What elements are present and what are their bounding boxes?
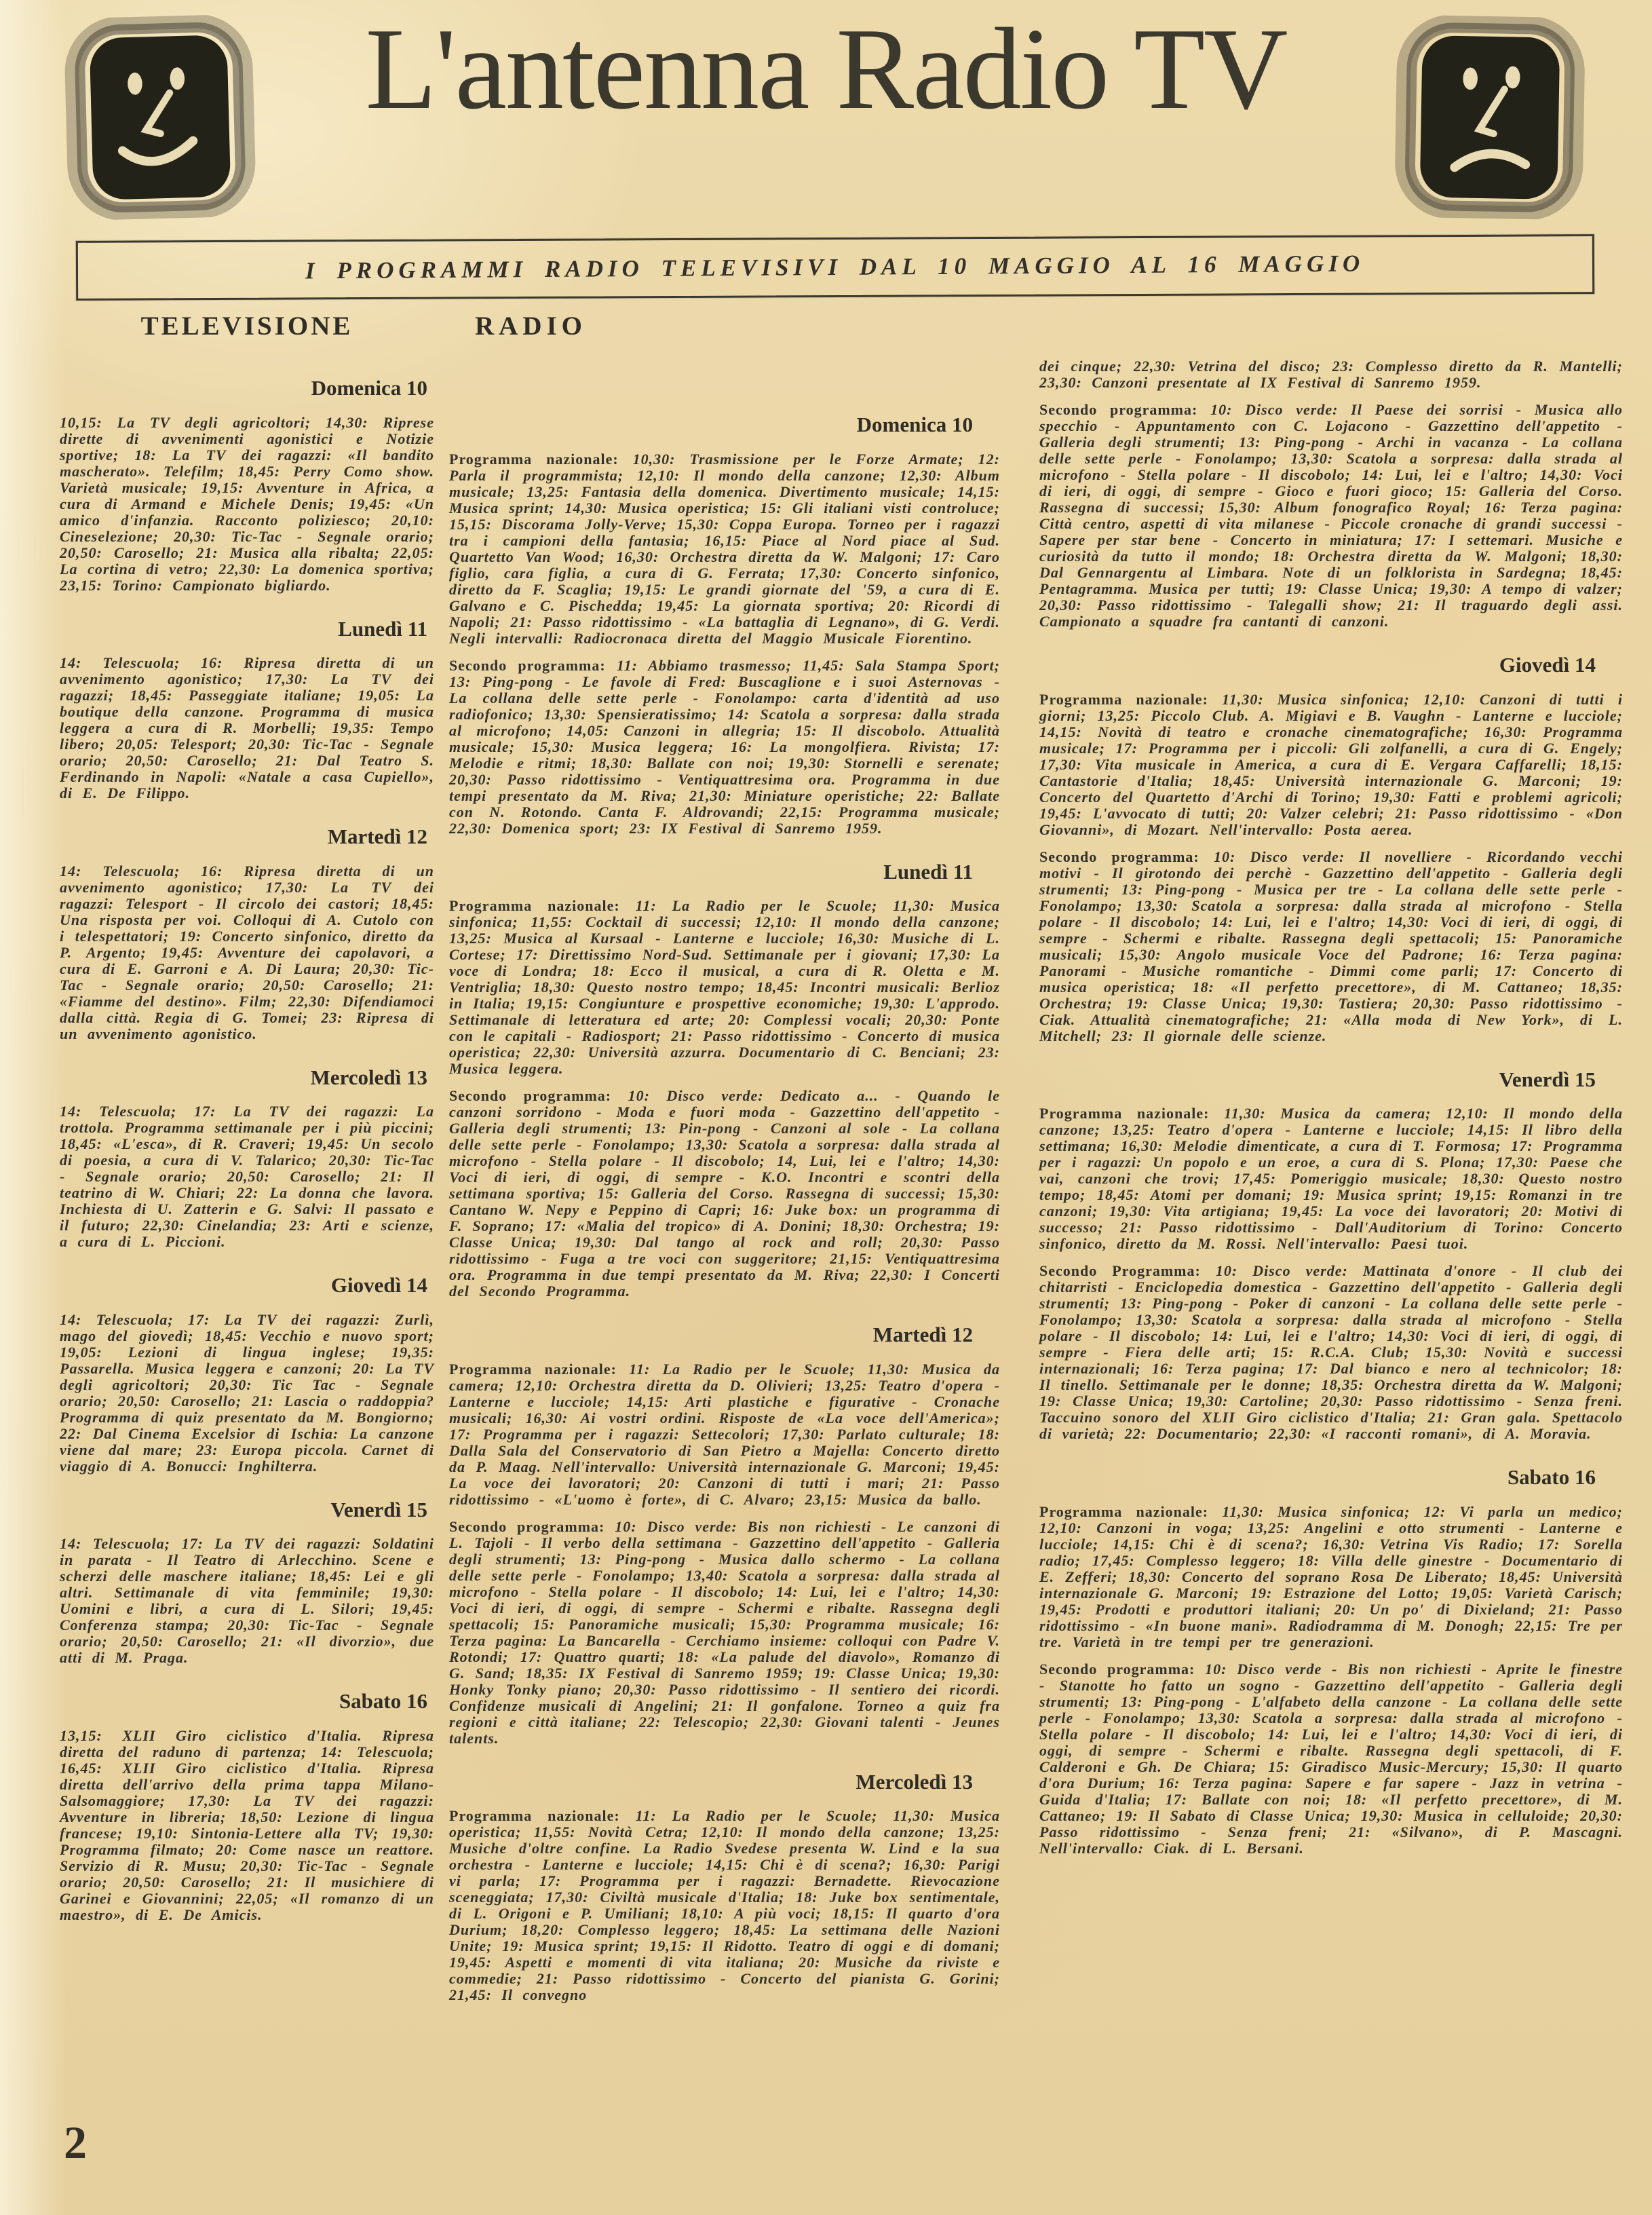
program-listing: Programma nazionale: 11,30: Musica sinfo… [1039,692,1623,838]
program-listing: Secondo programma: 10: Disco verde: Dedi… [449,1088,1000,1300]
day-heading: Sabato 16 [1039,1466,1596,1489]
program-label: Programma nazionale: [1039,1503,1222,1520]
radio-column-left: Domenica 10Programma nazionale: 10,30: T… [449,414,1000,2014]
program-label: Secondo programma: [1039,1661,1205,1678]
program-listing: Secondo programma: 11: Abbiamo trasmesso… [449,658,1000,837]
day-heading: Giovedì 14 [1039,654,1596,677]
program-label: Programma nazionale: [449,451,633,468]
program-listing: Secondo programma: 10: Disco verde - Bis… [1039,1661,1623,1857]
program-label: Programma nazionale: [449,897,636,914]
program-listing: Programma nazionale: 10,30: Trasmissione… [449,451,1000,647]
program-label: Programma nazionale: [1039,1105,1224,1122]
day-heading: Venerdì 15 [60,1499,427,1521]
day-heading: Lunedì 11 [60,618,427,641]
program-listing: 14: Telescuola; 16: Ripresa diretta di u… [60,655,434,801]
banner-box: I PROGRAMMI RADIO TELEVISIVI DAL 10 MAGG… [76,234,1594,301]
page-number: 2 [64,2116,87,2170]
program-listing: Secondo programma: 10: Disco verde: Bis … [449,1519,1000,1747]
magazine-page: L'antenna Radio TV I PROGRAMMI RADIO TEL… [0,0,1652,2215]
program-label: Programma nazionale: [449,1361,629,1378]
program-label: Programma nazionale: [449,1807,636,1824]
program-listing: Programma nazionale: 11: La Radio per le… [449,898,1000,1077]
program-listing: 14: Telescuola; 17: La TV dei ragazzi: L… [60,1103,434,1250]
day-heading: Mercoledì 13 [60,1067,427,1089]
program-label: Secondo programma: [449,1087,628,1104]
program-label: Secondo programma: [1039,848,1214,865]
program-listing: Programma nazionale: 11: La Radio per le… [449,1361,1000,1508]
banner-text: I PROGRAMMI RADIO TELEVISIVI DAL 10 MAGG… [305,250,1364,285]
program-listing: Secondo programma: 10: Disco verde: Il n… [1039,849,1623,1044]
program-listing: 14: Telescuola; 16: Ripresa diretta di u… [60,863,434,1042]
day-heading: Mercoledì 13 [449,1771,973,1794]
television-column: Domenica 1010,15: La TV degli agricoltor… [60,377,434,1934]
program-label: Programma nazionale: [1039,691,1222,708]
day-heading: Domenica 10 [449,414,973,436]
program-listing: Secondo Programma: 10: Disco verde: Matt… [1039,1263,1623,1442]
masthead-title: L'antenna Radio TV [0,11,1652,128]
program-label: Secondo Programma: [1039,1262,1216,1279]
program-listing: Programma nazionale: 11: La Radio per le… [449,1808,1000,2003]
program-listing: 14: Telescuola; 17: La TV dei ragazzi: Z… [60,1312,434,1475]
program-listing: 13,15: XLII Giro ciclistico d'Italia. Ri… [60,1728,434,1923]
program-listing: Secondo programma: 10: Disco verde: Il P… [1039,402,1623,630]
day-heading: Domenica 10 [60,377,427,400]
section-title-radio: RADIO [475,311,587,341]
radio-column-right: dei cinque; 22,30: Vetrina del disco; 23… [1039,358,1623,1868]
day-heading: Martedì 12 [449,1324,973,1346]
program-listing: Programma nazionale: 11,30: Musica sinfo… [1039,1504,1623,1650]
program-listing: dei cinque; 22,30: Vetrina del disco; 23… [1039,358,1623,391]
section-title-televisione: TELEVISIONE [60,311,434,341]
day-heading: Venerdì 15 [1039,1069,1596,1091]
program-listing: Programma nazionale: 11,30: Musica da ca… [1039,1105,1623,1252]
program-listing: 14: Telescuola; 17: La TV dei ragazzi: S… [60,1536,434,1666]
program-label: Secondo programma: [449,1518,615,1535]
program-label: Secondo programma: [1039,401,1210,418]
day-heading: Lunedì 11 [449,861,973,884]
program-label: Secondo programma: [449,657,617,674]
day-heading: Sabato 16 [60,1690,427,1713]
program-listing: 10,15: La TV degli agricoltori; 14,30: R… [60,415,434,594]
day-heading: Martedì 12 [60,826,427,848]
day-heading: Giovedì 14 [60,1274,427,1297]
